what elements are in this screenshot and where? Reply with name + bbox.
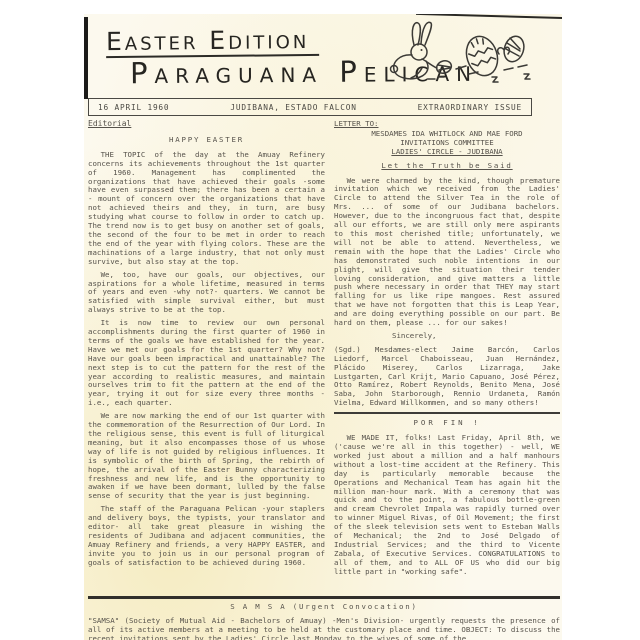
edition-title: Easter Edition: [106, 25, 320, 58]
editorial-headline: HAPPY EASTER: [88, 136, 325, 145]
issue-date: 16 APRIL 1960: [98, 103, 169, 112]
por-fin-headline: POR FIN !: [334, 419, 560, 428]
issue-type: EXTRAORDINARY ISSUE: [418, 103, 522, 112]
easter-eggs-icon: [452, 22, 546, 84]
issue-place: JUDIBANA, ESTADO FALCON: [230, 103, 356, 112]
bottom-divider-rule: [88, 596, 560, 599]
letter-headline: Let the Truth be Said: [334, 162, 560, 171]
editorial-paragraph: The staff of the Paraguana Pelican -your…: [88, 505, 325, 567]
section-divider-rule: [334, 412, 560, 414]
editorial-paragraph: It is now time to review our own persona…: [88, 319, 325, 408]
letter-column: LETTER TO: MESDAMES IDA WHITLOCK AND MAE…: [334, 120, 560, 581]
addressee-line: LADIES' CIRCLE - JUDIBANA: [334, 148, 560, 157]
letter-signatures: (Sgd.) Mesdames-elect Jaime Barcón, Carl…: [334, 346, 560, 408]
letter-body: We were charmed by the kind, though prem…: [334, 177, 560, 328]
samsa-section: S A M S A (Urgent Convocation) "SAMSA" (…: [88, 603, 560, 640]
editorial-paragraph: THE TOPIC of the day at the Amuay Refine…: [88, 151, 325, 267]
editorial-paragraph: We are now marking the end of our 1st qu…: [88, 412, 325, 501]
editorial-label: Editorial: [88, 120, 325, 129]
editorial-column: Editorial HAPPY EASTER THE TOPIC of the …: [88, 120, 325, 581]
samsa-headline: S A M S A (Urgent Convocation): [88, 603, 560, 612]
letter-signoff: Sincerely,: [392, 332, 560, 341]
por-fin-body: WE MADE IT, folks! Last Friday, April 8t…: [334, 434, 560, 577]
samsa-acronym: S A M S A: [230, 602, 286, 611]
newsletter-page: Easter Edition Paraguana Pelican 16 APRI…: [84, 14, 562, 640]
samsa-body: "SAMSA" (Society of Mutual Aid - Bachelo…: [88, 617, 560, 640]
letter-addressee: MESDAMES IDA WHITLOCK AND MAE FORD INVIT…: [334, 130, 560, 157]
scan-artifact-left-bar: [84, 17, 88, 99]
letter-to-label: LETTER TO:: [334, 120, 560, 129]
editorial-paragraph: We, too, have our goals, our objectives,…: [88, 271, 325, 316]
dateline-bar: 16 APRIL 1960 JUDIBANA, ESTADO FALCON EX…: [88, 98, 532, 116]
samsa-qualifier: (Urgent Convocation): [293, 602, 418, 611]
easter-bunny-icon: [370, 18, 465, 82]
